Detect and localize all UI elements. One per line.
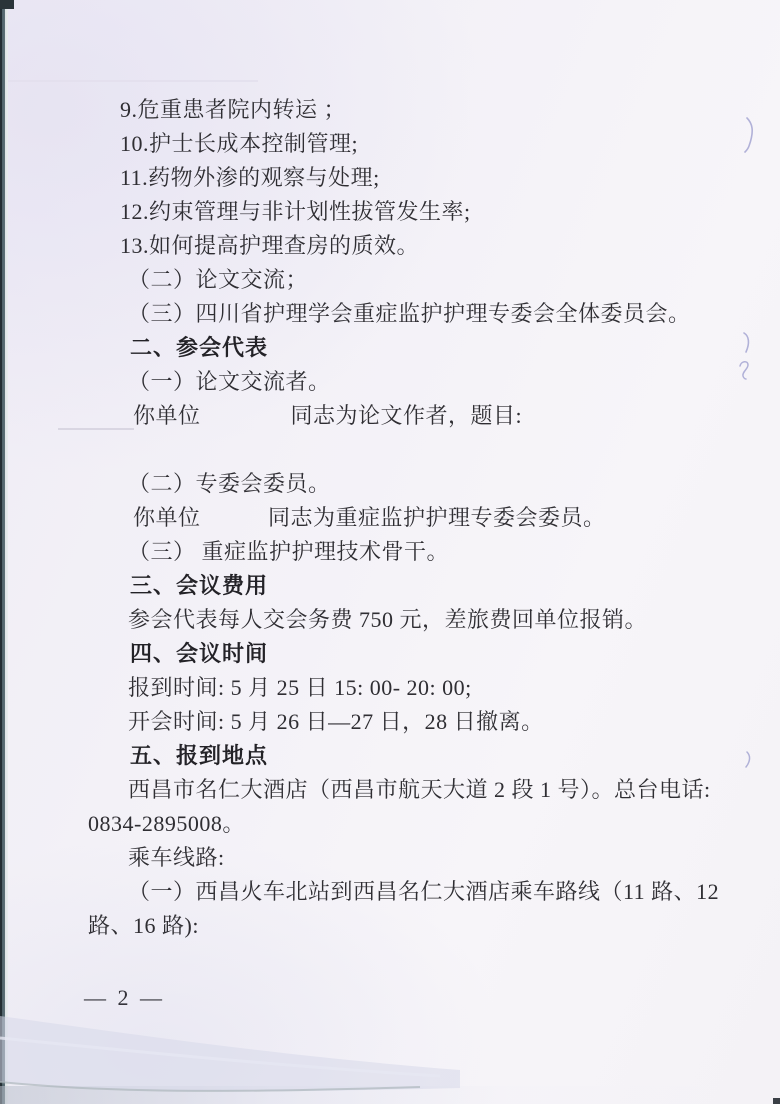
text-line: 乘车线路: [86,839,710,873]
text-line: （一）论文交流者。 [86,363,710,397]
text-line: 10.护士长成本控制管理; [86,125,710,159]
document-lines: 9.危重患者院内转运 ；10.护士长成本控制管理;11.药物外渗的观察与处理;1… [86,91,710,941]
text-line: 开会时间: 5 月 26 日—27 日，28 日撤离。 [86,703,710,737]
text-line: 参会代表每人交会务费 750 元，差旅费回单位报销。 [86,601,710,635]
text-line: 三、会议费用 [86,567,710,601]
document-body: 9.危重患者院内转运 ；10.护士长成本控制管理;11.药物外渗的观察与处理;1… [86,91,710,941]
text-line: （二）论文交流； [86,261,710,295]
text-line: 11.药物外渗的观察与处理; [86,159,710,193]
pen-mark-icon [738,360,754,384]
text-line: 0834-2895008。 [86,805,710,839]
text-line: 报到时间: 5 月 25 日 15: 00- 20: 00; [86,669,710,703]
pen-mark-icon [743,750,757,770]
text-line: （三） 重症监护护理技术骨干。 [86,533,710,567]
text-line: 二、参会代表 [86,329,710,363]
text-line: （二）专委会委员。 [86,465,710,499]
text-line: 13.如何提高护理查房的质效。 [86,227,710,261]
text-line: 四、会议时间 [86,635,710,669]
text-line: 你单位 同志为论文作者，题目: [86,397,710,431]
scan-edge-top-corner [0,0,14,9]
scanned-page: 9.危重患者院内转运 ；10.护士长成本控制管理;11.药物外渗的观察与处理;1… [0,0,780,1104]
scan-edge-left [0,0,8,1104]
text-line: （一）西昌火车北站到西昌名仁大酒店乘车路线（11 路、12 [86,873,710,907]
text-line: 西昌市名仁大酒店（西昌市航天大道 2 段 1 号）。总台电话: [86,771,710,805]
page-number: — 2 — [84,985,165,1011]
scan-streak [8,80,258,82]
pen-mark-icon [740,331,756,355]
pen-mark-icon [741,116,759,154]
text-line: （三）四川省护理学会重症监护护理专委会全体委员会。 [86,295,710,329]
bottom-shadow [0,1086,780,1104]
text-line: 路、16 路): [86,907,710,941]
text-line: 12.约束管理与非计划性拔管发生率; [86,193,710,227]
text-line: 9.危重患者院内转运 ； [86,91,710,125]
text-line [86,431,710,465]
text-line: 你单位 同志为重症监护护理专委会委员。 [86,499,710,533]
text-line: 五、报到地点 [86,737,710,771]
